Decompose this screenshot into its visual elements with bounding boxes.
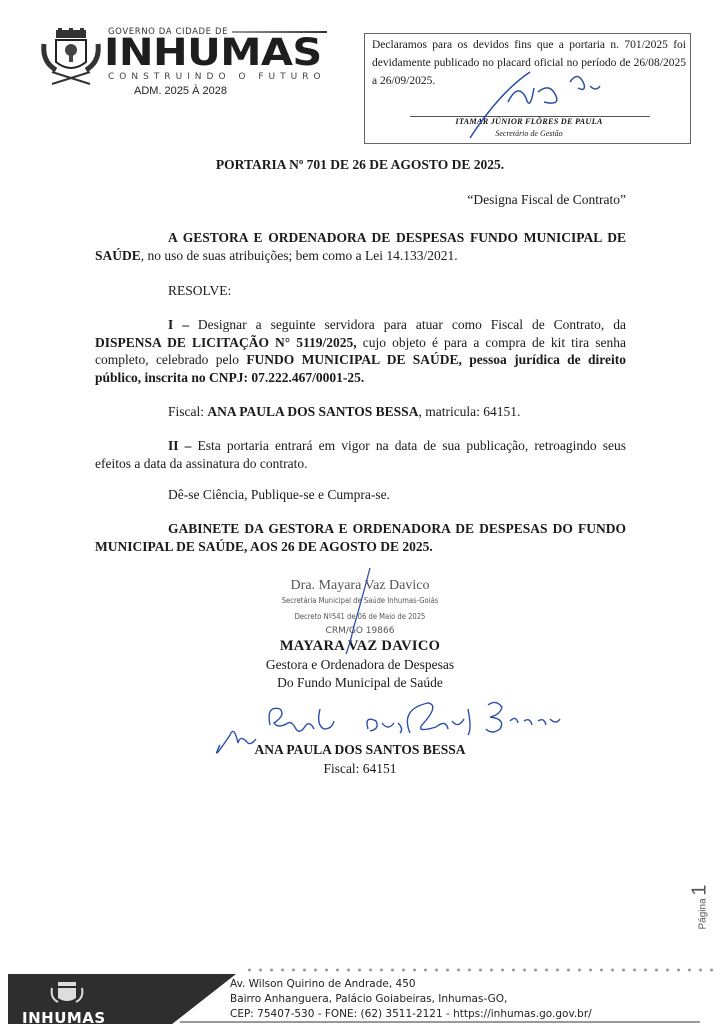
page-label: Página <box>698 898 709 929</box>
footer-address-line-2: Bairro Anhanguera, Palácio Goiabeiras, I… <box>230 992 592 1007</box>
article-1-number: I – <box>168 317 189 332</box>
fiscal-signer-id: Fiscal: 64151 <box>0 761 720 777</box>
fiscal-signer-name: ANA PAULA DOS SANTOS BESSA <box>0 742 720 758</box>
footer-rule <box>180 1021 700 1023</box>
city-coat-of-arms-icon <box>40 28 102 86</box>
gabinete-paragraph: GABINETE DA GESTORA E ORDENADORA DE DESP… <box>95 520 626 555</box>
manager-role-1: Gestora e Ordenadora de Despesas <box>0 657 720 673</box>
preamble-paragraph: A GESTORA E ORDENADORA DE DESPESAS FUNDO… <box>95 229 626 264</box>
footer-dotted-divider <box>244 968 720 972</box>
fiscal-handwritten-signature-icon <box>200 695 570 770</box>
administration-period: ADM. 2025 À 2028 <box>134 85 227 97</box>
footer-city-name: INHUMAS <box>22 1009 106 1024</box>
fiscal-line: Fiscal: ANA PAULA DOS SANTOS BESSA, matr… <box>95 403 626 421</box>
article-2-number: II – <box>168 438 191 453</box>
city-name: INHUMAS <box>104 33 322 73</box>
article-1-text-1: Designar a seguinte servidora para atuar… <box>189 317 626 332</box>
page-number-value: 1 <box>689 884 711 895</box>
resolve-heading: RESOLVE: <box>95 282 626 300</box>
footer-coat-of-arms-icon <box>50 980 84 1006</box>
page-number: Página 1 <box>690 868 712 928</box>
document-subject: “Designa Fiscal de Contrato” <box>467 192 626 208</box>
fiscal-name-bold: ANA PAULA DOS SANTOS BESSA <box>207 404 418 419</box>
manager-signature-stroke-icon <box>330 566 390 656</box>
closing-line: Dê-se Ciência, Publique-se e Cumpra-se. <box>95 486 626 504</box>
article-1-paragraph: I – Designar a seguinte servidora para a… <box>95 316 626 386</box>
article-1-bold-1: DISPENSA DE LICITAÇÃO N° 5119/2025, <box>95 335 357 350</box>
manager-role-2: Do Fundo Municipal de Saúde <box>0 675 720 691</box>
fiscal-registration: , matricula: 64151. <box>418 404 520 419</box>
document-title: PORTARIA Nº 701 DE 26 DE AGOSTO DE 2025. <box>0 157 720 173</box>
handwritten-signature-icon <box>460 62 610 142</box>
footer-address: Av. Wilson Quirino de Andrade, 450 Bairr… <box>230 977 592 1022</box>
footer-address-line-3[interactable]: CEP: 75407-530 - FONE: (62) 3511-2121 - … <box>230 1007 592 1022</box>
motto: CONSTRUINDO O FUTURO <box>108 72 326 82</box>
footer-address-line-1: Av. Wilson Quirino de Andrade, 450 <box>230 977 592 992</box>
article-2-paragraph: II – Esta portaria entrará em vigor na d… <box>95 437 626 472</box>
fiscal-label: Fiscal: <box>168 404 207 419</box>
preamble-rest: , no uso de suas atribuições; bem como a… <box>141 248 458 263</box>
